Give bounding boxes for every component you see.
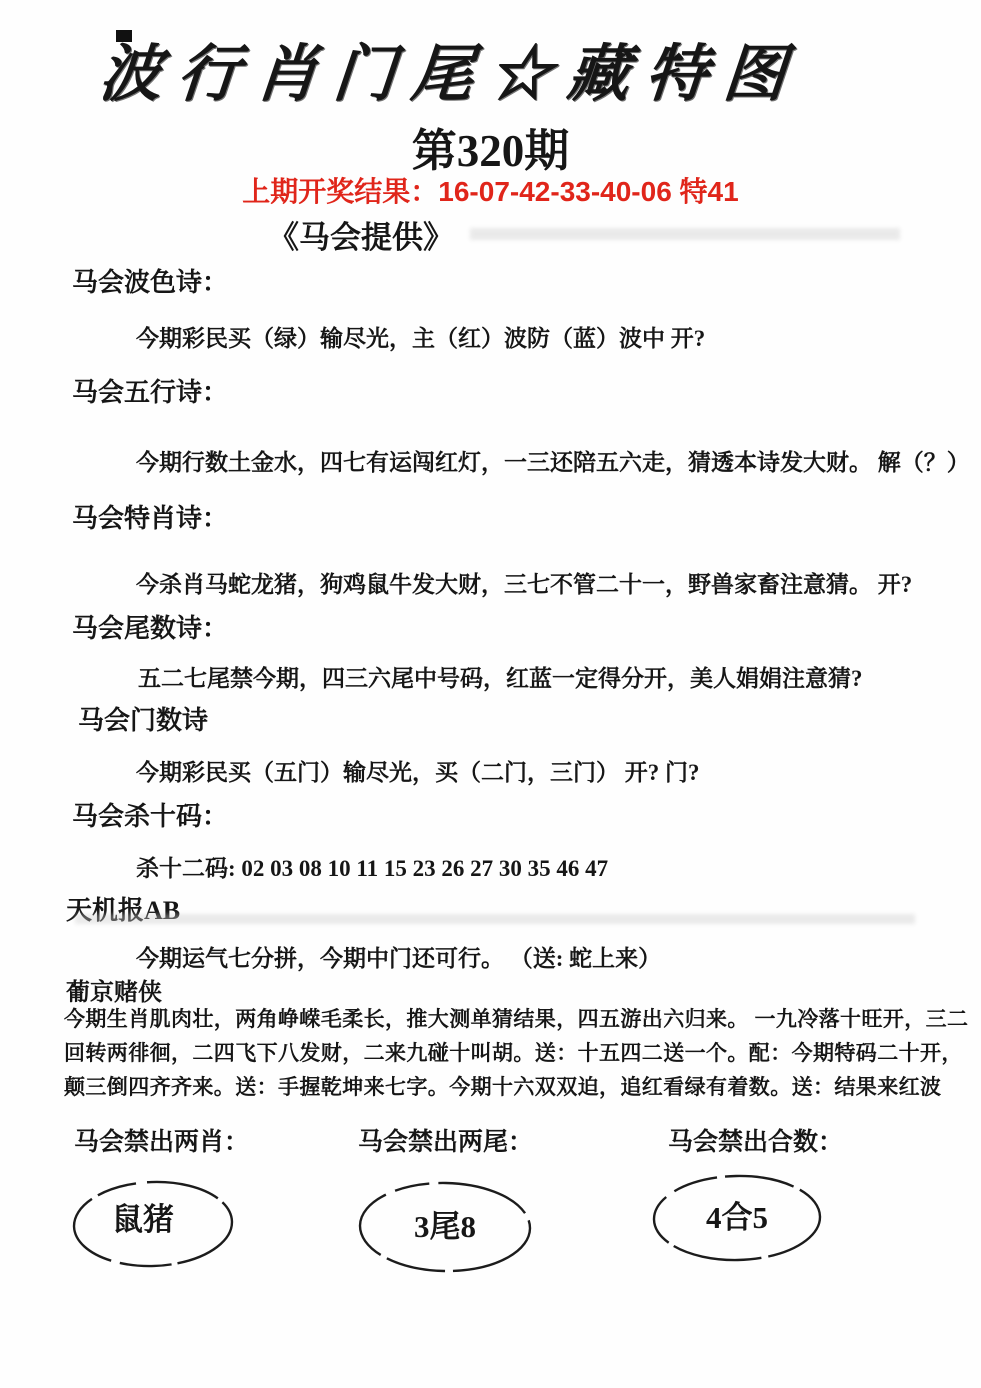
section-poem-tail-number: 五二七尾禁今期，四三六尾中号码，红蓝一定得分开，美人娟娟注意猜? [138, 660, 863, 693]
ban-value-two-tail: 3尾8 [414, 1201, 476, 1246]
ban-oval-sum: 4合5 [650, 1172, 824, 1264]
section-header-door-number: 马会门数诗 [78, 700, 208, 737]
section-header-wave-color: 马会波色诗： [72, 262, 228, 299]
section-poem-wave-color: 今期彩民买（绿）输尽光，主（红）波防（蓝）波中 开? [136, 320, 705, 353]
pujing-line: 今期生肖肌肉壮，两角峥嵘毛柔长，推大测单猜结果，四五游出六归来。 一九冷落十旺开… [64, 1002, 968, 1036]
ban-label-two-zodiac: 马会禁出两肖： [74, 1122, 249, 1158]
pujing-line: 回转两徘徊，二四飞下八发财，二来九碰十叫胡。送：十五四二送一个。配：今期特码二十… [64, 1036, 963, 1070]
ban-oval-two-zodiac: 鼠猪 [70, 1178, 236, 1270]
section-header-kill-codes: 马会杀十码： [72, 796, 228, 833]
ban-oval-two-tail: 3尾8 [356, 1180, 534, 1275]
scan-smudge [470, 228, 900, 240]
ban-label-sum: 马会禁出合数： [668, 1122, 843, 1158]
section-poem-kill-codes: 杀十二码: 02 03 08 10 11 15 23 26 27 30 35 4… [136, 850, 608, 883]
scan-smudge [75, 914, 915, 924]
section-poem-tianji-report: 今期运气七分拼，今期中门还可行。 （送: 蛇上来） [136, 940, 661, 973]
section-poem-special-zodiac: 今杀肖马蛇龙猪，狗鸡鼠牛发大财，三七不管二十一，野兽家畜注意猜。 开? [136, 566, 912, 599]
page-title: 波行肖门尾☆藏特图 [96, 24, 806, 113]
ban-value-sum: 4合5 [706, 1192, 768, 1237]
ban-label-two-tail: 马会禁出两尾： [358, 1122, 533, 1158]
section-poem-door-number: 今期彩民买（五门）输尽光，买（二门，三门） 开? 门? [136, 754, 700, 787]
tip-sheet-page: 波行肖门尾☆藏特图 第320期 上期开奖结果：16-07-42-33-40-06… [0, 0, 981, 1388]
section-poem-five-elements: 今期行数土金水，四七有运闯红灯，一三还陪五六走，猜透本诗发大财。 解（？） [136, 444, 970, 477]
pujing-line: 颠三倒四齐齐来。送：手握乾坤来七字。今期十六双双迫，追红看绿有着数。送：结果来红… [64, 1070, 941, 1104]
ban-value-two-zodiac: 鼠猪 [112, 1194, 174, 1239]
last-draw-result: 上期开奖结果：16-07-42-33-40-06 特41 [0, 170, 981, 210]
section-header-tail-number: 马会尾数诗： [72, 608, 228, 645]
provider-note: 《马会提供》 [268, 212, 454, 257]
section-header-five-elements: 马会五行诗： [72, 372, 228, 409]
section-header-special-zodiac: 马会特肖诗： [72, 498, 228, 535]
